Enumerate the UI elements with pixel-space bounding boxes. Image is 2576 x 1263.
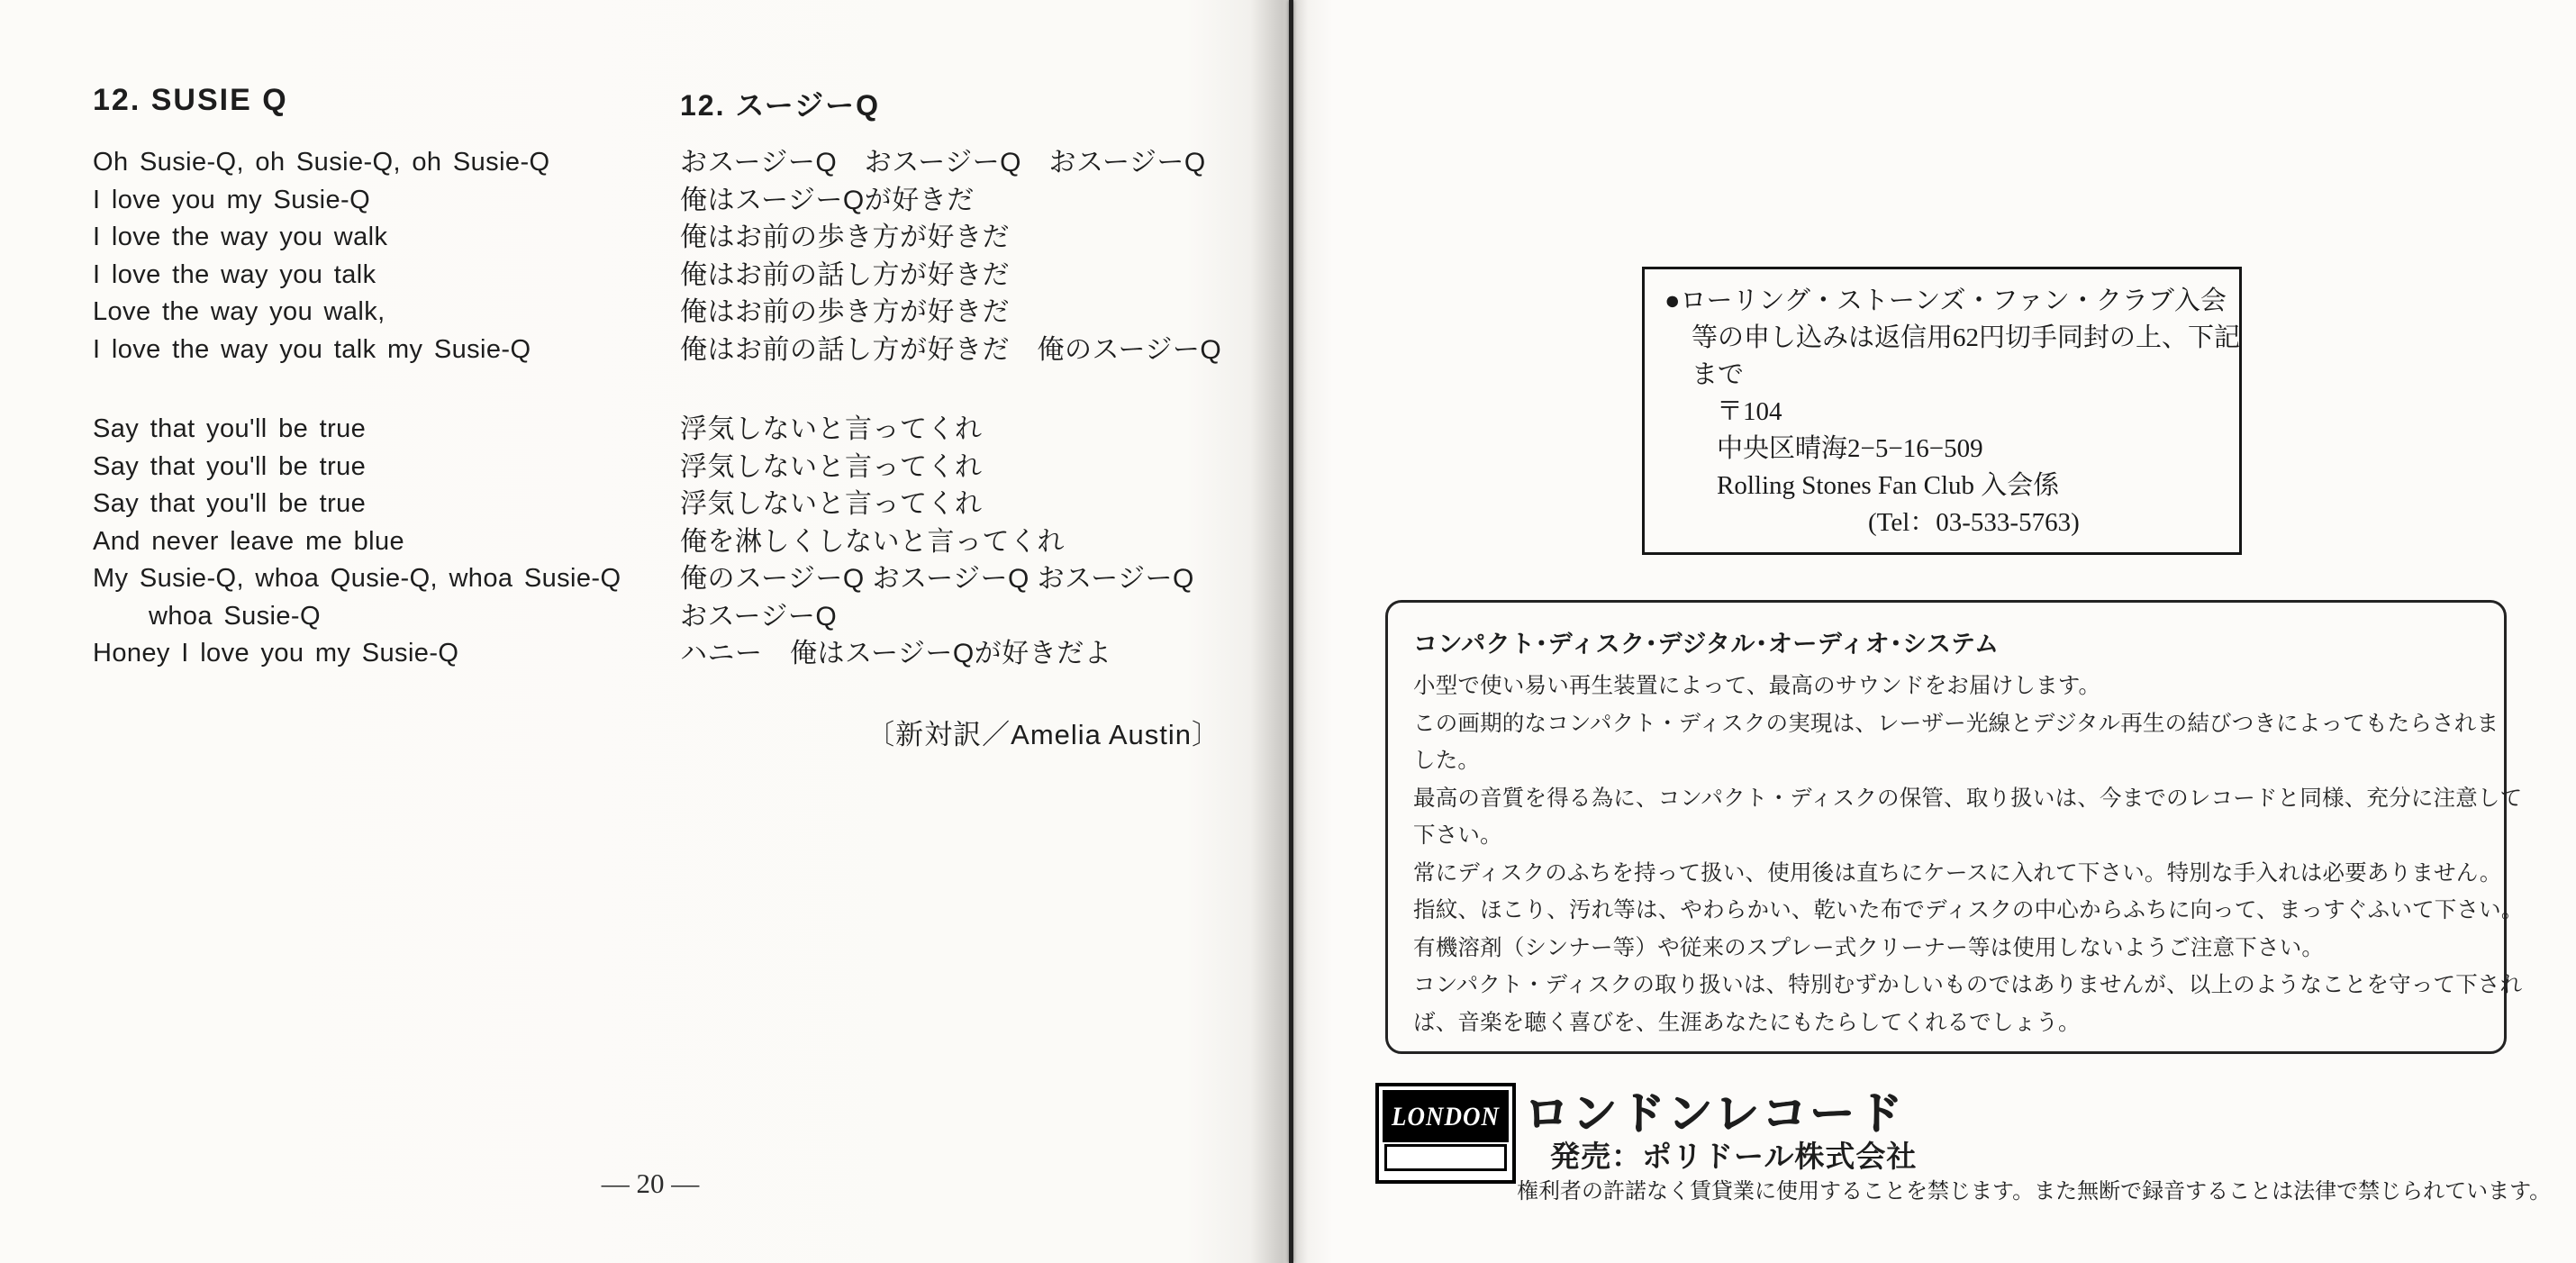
booklet-page-left: 12. SUSIE Q 12. スージーQ Oh Susie-Q, oh Sus… xyxy=(0,0,1290,1263)
lyric-line: I love the way you talk my Susie-Q xyxy=(93,332,621,369)
lyric-line: Love the way you walk, xyxy=(93,294,621,332)
fan-club-notice-box: ●ローリング・ストーンズ・ファン・クラブ入会等の申し込みは返信用62円切手同封の… xyxy=(1642,267,2242,555)
lyric-line: 俺はお前の歩き方が好きだ xyxy=(680,294,1221,332)
lyric-line: 俺はお前の話し方が好きだ 俺のスージーQ xyxy=(680,332,1221,369)
cd-notice-title: コンパクト･ディスク･デジタル･オーディオ･システム xyxy=(1413,624,2504,659)
song-title-ja: 12. スージーQ xyxy=(680,83,880,124)
cd-notice-line: この画期的なコンパクト・ディスクの実現は、レーザー光線とデジタル再生の結びつきに… xyxy=(1388,705,2504,743)
translator-credit: 〔新対訳／Amelia Austin〕 xyxy=(680,712,1220,752)
lyric-line: And never leave me blue xyxy=(93,523,621,561)
fan-club-notice-line: ●ローリング・ストーンズ・ファン・クラブ入会 xyxy=(1645,283,2239,320)
lyrics-english: Oh Susie-Q, oh Susie-Q, oh Susie-QI love… xyxy=(93,144,621,673)
fan-club-notice-line: (Tel：03-533-5763) xyxy=(1645,504,2239,541)
cd-notice-line: 最高の音質を得る為に、コンパクト・ディスクの保管、取り扱いは、今までのレコードと… xyxy=(1388,780,2504,818)
lyric-line: 俺のスージーQ おスージーQ おスージーQ xyxy=(680,560,1221,598)
lyric-line: My Susie-Q, whoa Qusie-Q, whoa Susie-Q xyxy=(93,560,621,598)
booklet-spine xyxy=(1289,0,1293,1263)
lyric-line: 俺はお前の歩き方が好きだ xyxy=(680,219,1221,257)
lyric-line: 俺はお前の話し方が好きだ xyxy=(680,257,1221,295)
fan-club-notice-line: まで xyxy=(1645,357,2239,394)
lyric-line: Say that you'll be true xyxy=(93,449,621,486)
cd-notice-line: 常にディスクのふちを持って扱い、使用後は直ちにケースに入れて下さい。特別な手入れ… xyxy=(1388,855,2504,893)
cd-notice-line: した。 xyxy=(1388,742,2504,780)
london-records-logo: LONDON xyxy=(1375,1083,1516,1184)
lyric-line: Say that you'll be true xyxy=(93,486,621,523)
lyric-line: おスージーQ おスージーQ おスージーQ xyxy=(680,144,1221,182)
lyric-line: 浮気しないと言ってくれ xyxy=(680,449,1221,486)
lyric-line: Say that you'll be true xyxy=(93,411,621,449)
lyric-line: おスージーQ xyxy=(680,598,1221,636)
fan-club-notice-line: 中央区晴海2−5−16−509 xyxy=(1645,431,2239,468)
cd-notice-line: ば、音楽を聴く喜びを、生涯あなたにもたらしてくれるでしょう。 xyxy=(1388,1004,2504,1042)
rights-disclaimer: 権利者の許諾なく賃貸業に使用することを禁じます。また無断で録音することは法律で禁… xyxy=(1517,1173,2551,1204)
fan-club-notice-line: Rolling Stones Fan Club 入会係 xyxy=(1645,468,2239,504)
lyric-line: 俺を淋しくしないと言ってくれ xyxy=(680,523,1221,561)
cd-notice-line: 小型で使い易い再生装置によって、最高のサウンドをお届けします。 xyxy=(1388,668,2504,705)
song-title-en: 12. SUSIE Q xyxy=(93,83,288,118)
london-logo-window xyxy=(1384,1144,1507,1171)
booklet-spine-shadow xyxy=(1250,0,1308,1263)
cd-notice-line: 指紋、ほこり、汚れ等は、やわらかい、乾いた布でディスクの中心からふちに向って、ま… xyxy=(1388,892,2504,930)
lyric-line: ハニー 俺はスージーQが好きだよ xyxy=(680,635,1221,673)
london-logo-black-panel: LONDON xyxy=(1383,1090,1509,1142)
lyric-line: 浮気しないと言ってくれ xyxy=(680,411,1221,449)
lyrics-ja-stanza-2: 浮気しないと言ってくれ浮気しないと言ってくれ浮気しないと言ってくれ俺を淋しくしな… xyxy=(680,411,1221,673)
fan-club-notice-line: 〒104 xyxy=(1645,394,2239,431)
cd-notice-line: 下さい。 xyxy=(1388,817,2504,855)
lyric-line: Oh Susie-Q, oh Susie-Q, oh Susie-Q xyxy=(93,144,621,182)
cd-notice-line: コンパクト・ディスクの取り扱いは、特別むずかしいものではありませんが、以上のよう… xyxy=(1388,967,2504,1004)
fan-club-notice-line: 等の申し込みは返信用62円切手同封の上、下記 xyxy=(1645,320,2239,357)
cd-notice-line: 有機溶剤（シンナー等）や従来のスプレー式クリーナー等は使用しないようご注意下さい… xyxy=(1388,930,2504,968)
lyrics-en-stanza-2: Say that you'll be trueSay that you'll b… xyxy=(93,411,621,673)
cd-system-notice-box: コンパクト･ディスク･デジタル･オーディオ･システム 小型で使い易い再生装置によ… xyxy=(1385,600,2507,1054)
distributor-name: 発売：ポリドール株式会社 xyxy=(1550,1133,1917,1176)
london-logo-text: LONDON xyxy=(1392,1101,1500,1131)
lyric-line: I love the way you talk xyxy=(93,257,621,295)
lyric-line: I love the way you walk xyxy=(93,219,621,257)
lyric-line: I love you my Susie-Q xyxy=(93,182,621,220)
lyrics-en-stanza-1: Oh Susie-Q, oh Susie-Q, oh Susie-QI love… xyxy=(93,144,621,368)
lyric-line: whoa Susie-Q xyxy=(93,598,621,636)
lyrics-japanese: おスージーQ おスージーQ おスージーQ俺はスージーQが好きだ俺はお前の歩き方が… xyxy=(680,144,1221,673)
cd-notice-body: 小型で使い易い再生装置によって、最高のサウンドをお届けします。この画期的なコンパ… xyxy=(1388,668,2504,1041)
lyrics-ja-stanza-1: おスージーQ おスージーQ おスージーQ俺はスージーQが好きだ俺はお前の歩き方が… xyxy=(680,144,1221,368)
lyric-line: 俺はスージーQが好きだ xyxy=(680,182,1221,220)
lyric-line: 浮気しないと言ってくれ xyxy=(680,486,1221,523)
lyric-line: Honey I love you my Susie-Q xyxy=(93,635,621,673)
page-number: — 20 — xyxy=(560,1168,740,1200)
